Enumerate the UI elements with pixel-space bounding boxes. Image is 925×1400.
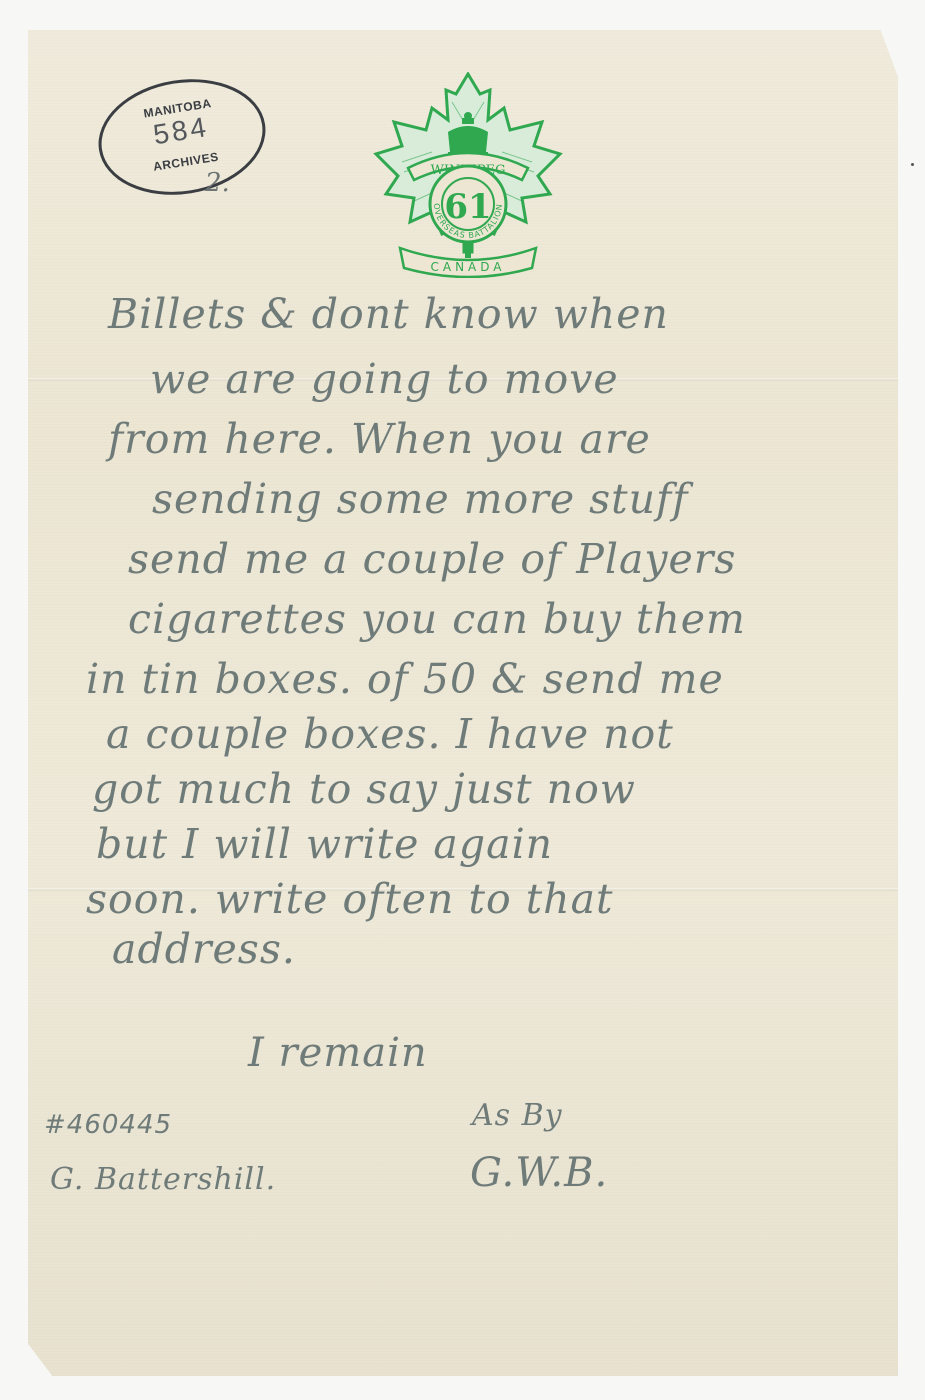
maple-leaf-crest-icon: WINNIPEG OVERSEAS BATTALION 61 CANADA xyxy=(372,72,564,278)
letter-line: in tin boxes. of 50 & send me xyxy=(86,655,724,703)
crest-number: 61 xyxy=(444,187,491,227)
service-number: #460445 xyxy=(44,1110,172,1140)
letter-line: a couple boxes. I have not xyxy=(106,710,674,758)
letter-line: address. xyxy=(112,925,296,973)
letter-line: Billets & dont know when xyxy=(108,290,669,338)
letter-line: but I will write again xyxy=(96,820,553,868)
letter-line: we are going to move xyxy=(150,355,619,403)
closing-text: I remain xyxy=(248,1030,428,1076)
crest-scroll-bottom: CANADA xyxy=(430,260,505,274)
closing-sub-text: As By xyxy=(472,1098,563,1133)
dust-speck xyxy=(911,163,914,166)
letter-line: from here. When you are xyxy=(108,415,651,463)
letter-line: send me a couple of Players xyxy=(128,535,736,583)
letter-line: got much to say just now xyxy=(92,765,636,813)
letter-line: cigarettes you can buy them xyxy=(128,595,746,643)
letter-line: sending some more stuff xyxy=(152,475,688,523)
signature: G. Battershill. xyxy=(50,1162,276,1197)
letter-line: soon. write often to that xyxy=(86,875,614,923)
initials: G.W.B. xyxy=(470,1150,608,1196)
page-number: 2. xyxy=(205,168,230,198)
